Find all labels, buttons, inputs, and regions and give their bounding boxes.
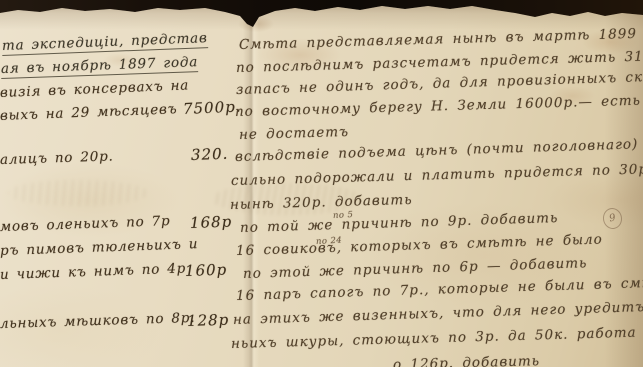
right-page-line: ньихъ шкуры, стоющихъ по 3р. да 50к. раб… bbox=[231, 323, 643, 352]
foliation-mark-circle: 9 bbox=[601, 207, 623, 231]
right-page-line: сильно подорожали и платить придется по … bbox=[231, 161, 643, 189]
right-page-line: 16 совиковъ, которыхъ въ смѣтѣ не было bbox=[236, 231, 603, 259]
left-page-line: льныхъ мѣшковъ по 8р. bbox=[0, 310, 196, 332]
foliation-mark: 9 bbox=[608, 213, 616, 225]
left-page-line: и чижи къ нимъ по 4р bbox=[0, 261, 186, 283]
amount-value: 7500р. bbox=[183, 97, 242, 118]
left-page-line: выхъ на 29 мѣсяцевъ bbox=[0, 101, 178, 124]
interlinear-note: по 5 bbox=[333, 210, 354, 221]
left-page-line: визія въ консервахъ на bbox=[0, 77, 189, 101]
amount-value: 160р bbox=[185, 261, 228, 280]
interlinear-note: по 24 bbox=[316, 236, 343, 247]
ink-bleed-through bbox=[8, 180, 148, 206]
amount-value: 128р bbox=[187, 311, 230, 330]
left-page-line: ръ пимовъ тюленьихъ и bbox=[0, 236, 199, 259]
amount-value: 168р bbox=[190, 213, 233, 232]
manuscript-photo: та экспедиціи, представ ая въ ноябрѣ 189… bbox=[0, 0, 643, 367]
left-page-line: алицъ по 20р. bbox=[0, 148, 114, 168]
left-heading-line: та экспедиціи, представ bbox=[2, 30, 208, 56]
right-page-line: не достаетъ bbox=[239, 124, 349, 143]
amount-value: 320. bbox=[191, 145, 229, 164]
right-page-line-cut: о 126р. добавить bbox=[393, 353, 540, 367]
left-page-line: мовъ оленьихъ по 7р bbox=[0, 213, 171, 235]
right-page-line: по той же причинѣ по 9р. добавить bbox=[240, 210, 559, 236]
torn-edge-shadow bbox=[0, 0, 643, 30]
paper-sheet: та экспедиціи, представ ая въ ноябрѣ 189… bbox=[0, 0, 643, 367]
left-heading-line: ая въ ноябрѣ 1897 года bbox=[1, 54, 199, 79]
